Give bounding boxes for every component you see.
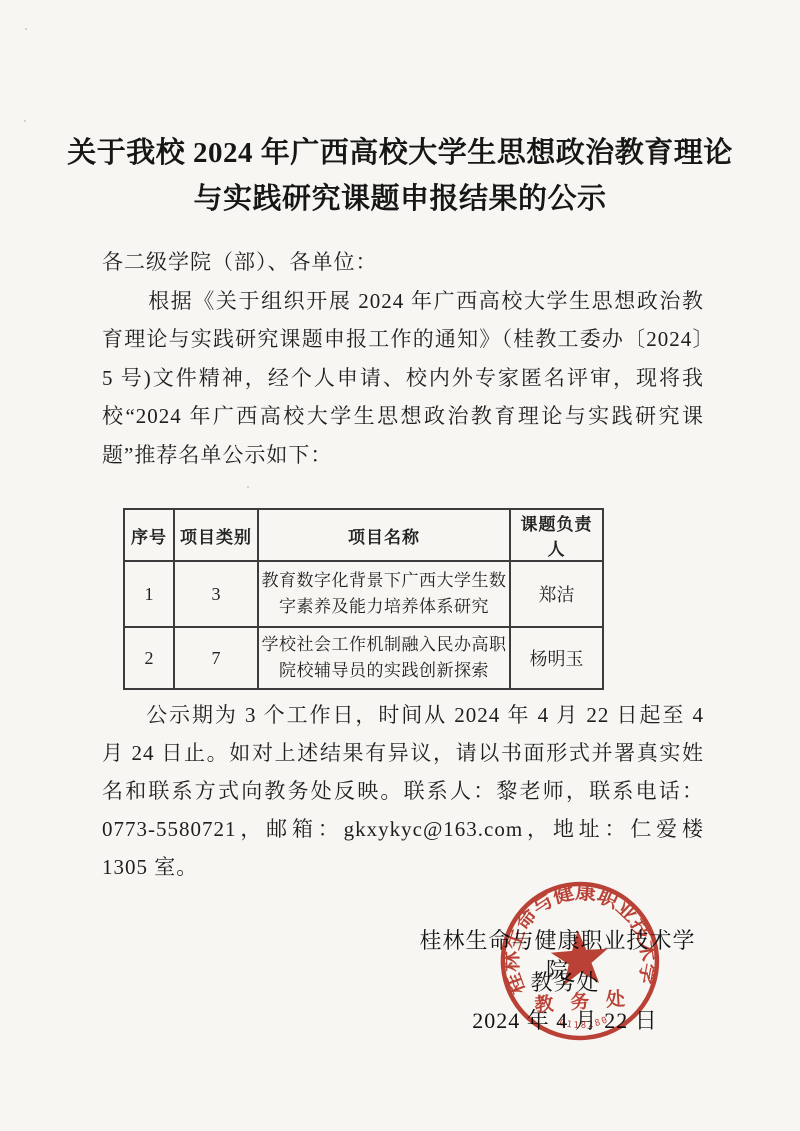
scan-speck: [24, 120, 26, 122]
header-no: 序号: [124, 509, 174, 561]
results-table: 序号 项目类别 项目名称 课题负责人 1 3 教育数字化背景下广西大学生数字素养…: [123, 508, 604, 690]
cell-project-name: 学校社会工作机制融入民办高职院校辅导员的实践创新探索: [258, 627, 510, 689]
title-line-1: 关于我校 2024 年广西高校大学生思想政治教育理论: [0, 130, 800, 176]
cell-category: 7: [174, 627, 258, 689]
salutation: 各二级学院（部）、各单位：: [102, 243, 704, 282]
header-leader: 课题负责人: [510, 509, 603, 561]
cell-no: 2: [124, 627, 174, 689]
intro-paragraph: 根据《关于组织开展 2024 年广西高校大学生思想政治教育理论与实践研究课题申报…: [102, 282, 704, 475]
signature-department: 教务处: [420, 968, 710, 998]
scan-speck: [247, 486, 249, 488]
scan-speck: [25, 28, 27, 30]
title-line-2: 与实践研究课题申报结果的公示: [0, 176, 800, 222]
cell-leader: 杨明玉: [510, 627, 603, 689]
signature-date: 2024 年 4 月 22 日: [420, 1006, 710, 1036]
document-page: 关于我校 2024 年广西高校大学生思想政治教育理论 与实践研究课题申报结果的公…: [0, 0, 800, 1131]
closing-paragraph: 公示期为 3 个工作日，时间从 2024 年 4 月 22 日起至 4 月 24…: [102, 696, 704, 886]
table-header-row: 序号 项目类别 项目名称 课题负责人: [124, 509, 603, 561]
table-row: 1 3 教育数字化背景下广西大学生数字素养及能力培养体系研究 郑洁: [124, 561, 603, 627]
cell-project-name: 教育数字化背景下广西大学生数字素养及能力培养体系研究: [258, 561, 510, 627]
cell-leader: 郑洁: [510, 561, 603, 627]
header-project-name: 项目名称: [258, 509, 510, 561]
table-row: 2 7 学校社会工作机制融入民办高职院校辅导员的实践创新探索 杨明玉: [124, 627, 603, 689]
results-table-wrap: 序号 项目类别 项目名称 课题负责人 1 3 教育数字化背景下广西大学生数字素养…: [123, 508, 604, 690]
header-category: 项目类别: [174, 509, 258, 561]
cell-category: 3: [174, 561, 258, 627]
cell-no: 1: [124, 561, 174, 627]
document-body: 各二级学院（部）、各单位： 根据《关于组织开展 2024 年广西高校大学生思想政…: [102, 243, 704, 474]
document-title: 关于我校 2024 年广西高校大学生思想政治教育理论 与实践研究课题申报结果的公…: [0, 130, 800, 222]
